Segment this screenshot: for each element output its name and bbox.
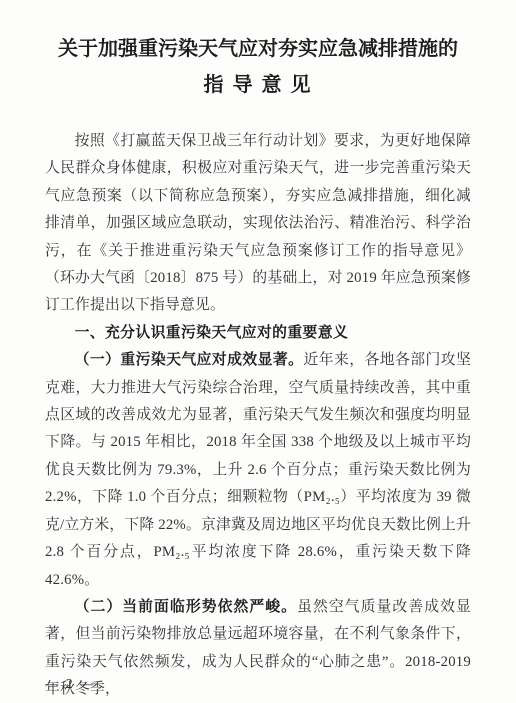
document-page: 关于加强重污染天气应对夯实应急减排措施的 指 导 意 见 按照《打赢蓝天保卫战三… — [0, 0, 516, 703]
paragraph-achievements-lead: （一）重污染天气应对成效显著。 — [75, 352, 304, 368]
paragraph-achievements-text: 近年来，各地各部门攻坚克难，大力推进大气污染综合治理，空气质量持续改善，其中重点… — [45, 352, 471, 587]
page-number: — 2 — — [45, 677, 96, 691]
paragraph-achievements: （一）重污染天气应对成效显著。近年来，各地各部门攻坚克难，大力推进大气污染综合治… — [45, 347, 471, 594]
title-line-2: 指 导 意 见 — [45, 72, 471, 98]
paragraph-situation: （二）当前面临形势依然严峻。虽然空气质量改善成效显著，但当前污染物排放总量远超环… — [45, 594, 471, 703]
paragraph-situation-lead: （二）当前面临形势依然严峻。 — [75, 599, 297, 615]
title-line-1: 关于加强重污染天气应对夯实应急减排措施的 — [45, 36, 471, 62]
document-body: 按照《打赢蓝天保卫战三年行动计划》要求，为更好地保障人民群众身体健康，积极应对重… — [45, 128, 471, 703]
intro-paragraph: 按照《打赢蓝天保卫战三年行动计划》要求，为更好地保障人民群众身体健康，积极应对重… — [45, 128, 471, 320]
section-heading-1: 一、充分认识重污染天气应对的重要意义 — [45, 320, 471, 347]
document-title: 关于加强重污染天气应对夯实应急减排措施的 指 导 意 见 — [45, 36, 471, 98]
